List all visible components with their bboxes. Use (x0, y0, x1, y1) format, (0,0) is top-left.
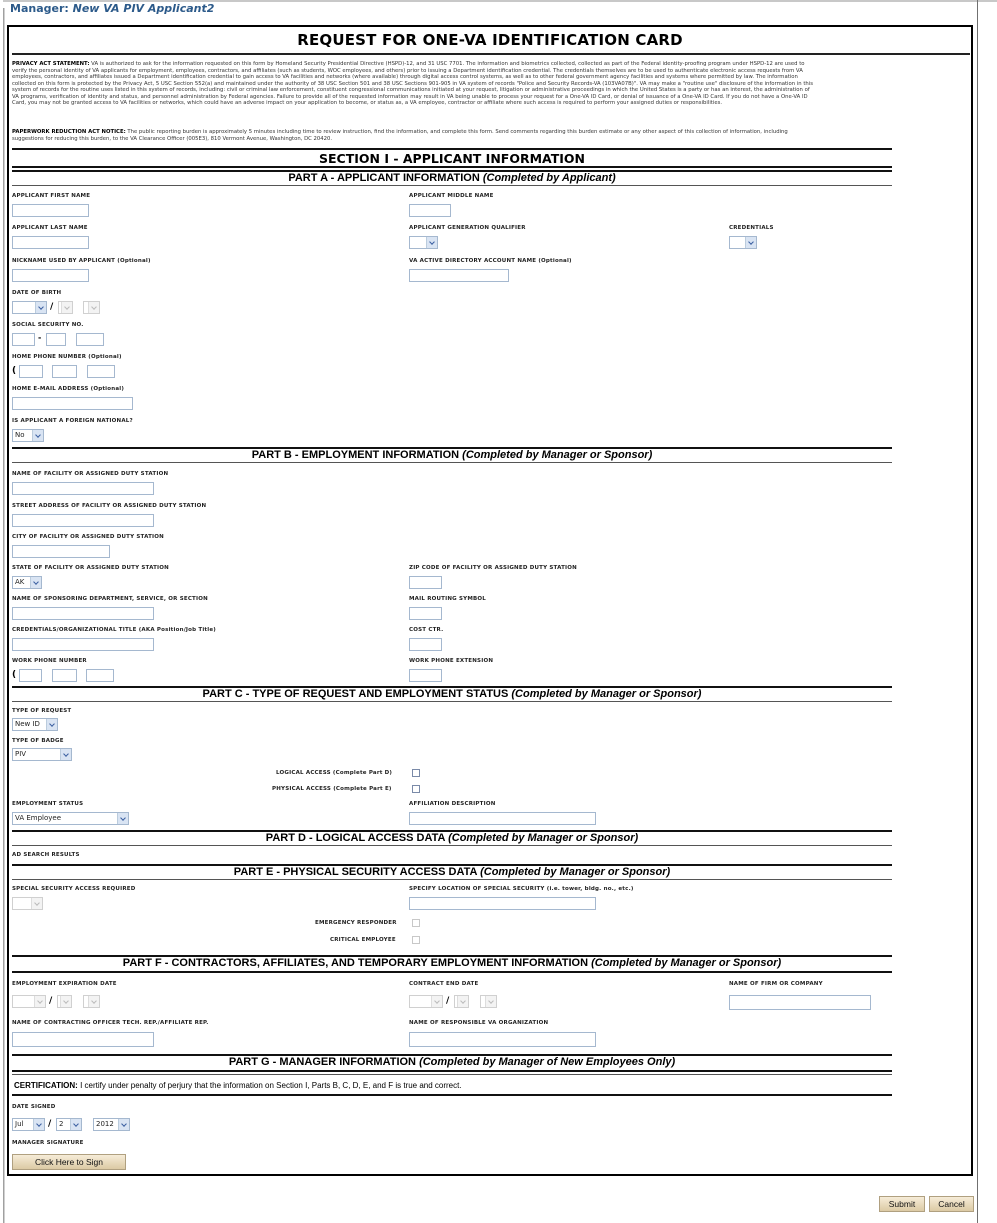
part-f-title: PART F - CONTRACTORS, AFFILIATES, AND TE… (12, 957, 892, 969)
date-signed-month-select[interactable]: Jul (12, 1118, 45, 1131)
contract-end-label: CONTRACT END DATE (409, 981, 478, 987)
last-name-label: APPLICANT LAST NAME (12, 225, 88, 231)
cost-center-label: COST CTR. (409, 627, 443, 633)
logical-access-checkbox[interactable] (412, 769, 420, 777)
ssn-separator: - (38, 333, 41, 342)
emergency-responder-label: EMERGENCY RESPONDER (315, 920, 397, 926)
state-value: AK (15, 578, 24, 586)
privacy-act-statement: PRIVACY ACT STATEMENT: VA is authorized … (12, 61, 817, 107)
chevron-down-icon (431, 996, 442, 1007)
ssn-part2-input[interactable] (46, 333, 66, 346)
divider (12, 1074, 892, 1075)
part-e-title: PART E - PHYSICAL SECURITY ACCESS DATA (… (12, 866, 892, 878)
manager-header: Manager: New VA PIV Applicant2 (10, 2, 214, 15)
sponsoring-dept-label: NAME OF SPONSORING DEPARTMENT, SERVICE, … (12, 596, 208, 602)
chevron-down-icon (745, 237, 756, 248)
employment-status-value: VA Employee (15, 814, 61, 822)
ad-account-input[interactable] (409, 269, 509, 282)
divider (12, 462, 892, 463)
firm-name-input[interactable] (729, 995, 871, 1010)
chevron-down-icon (88, 302, 99, 313)
middle-name-label: APPLICANT MIDDLE NAME (409, 193, 494, 199)
chevron-down-icon (88, 996, 99, 1007)
physical-access-checkbox[interactable] (412, 785, 420, 793)
applicant-name: New VA PIV Applicant2 (73, 2, 215, 15)
chevron-down-icon (457, 996, 468, 1007)
cost-center-input[interactable] (409, 638, 442, 651)
date-signed-year-value: 2012 (96, 1120, 114, 1128)
dob-day-select[interactable] (58, 301, 73, 314)
logical-access-label: LOGICAL ACCESS (Complete Part D) (276, 770, 392, 776)
privacy-text: VA is authorized to ask for the informat… (12, 61, 813, 106)
first-name-input[interactable] (12, 204, 89, 217)
mail-routing-input[interactable] (409, 607, 442, 620)
ssn-part1-input[interactable] (12, 333, 35, 346)
paperwork-text: The public reporting burden is approxima… (12, 129, 788, 142)
sponsoring-dept-input[interactable] (12, 607, 154, 620)
chevron-down-icon (426, 237, 437, 248)
part-g-subtitle: (Completed by Manager of New Employees O… (419, 1056, 675, 1068)
email-input[interactable] (12, 397, 133, 410)
section-title: SECTION I - APPLICANT INFORMATION (12, 151, 892, 166)
form-title: REQUEST FOR ONE-VA IDENTIFICATION CARD (9, 31, 971, 49)
dob-label: DATE OF BIRTH (12, 290, 61, 296)
work-ext-label: WORK PHONE EXTENSION (409, 658, 493, 664)
work-phone-line-input[interactable] (86, 669, 114, 682)
foreign-national-select[interactable]: No (12, 429, 44, 442)
zip-input[interactable] (409, 576, 442, 589)
chevron-down-icon (60, 996, 71, 1007)
chevron-down-icon (117, 813, 128, 824)
contract-end-month-select[interactable] (409, 995, 443, 1008)
ssn-label: SOCIAL SECURITY NO. (12, 322, 84, 328)
dob-month-select[interactable] (12, 301, 47, 314)
expiration-year-select[interactable] (83, 995, 100, 1008)
responsible-org-input[interactable] (409, 1032, 596, 1047)
expiration-day-select[interactable] (57, 995, 72, 1008)
chevron-down-icon (35, 302, 46, 313)
divider (12, 148, 892, 150)
date-separator: / (50, 302, 53, 312)
job-title-label: CREDENTIALS/ORGANIZATIONAL TITLE (AKA Po… (12, 627, 216, 633)
divider (12, 1070, 892, 1072)
request-type-value: New ID (15, 720, 40, 728)
nickname-label: NICKNAME USED BY APPLICANT (Optional) (12, 258, 151, 264)
work-phone-area-input[interactable] (19, 669, 42, 682)
paperwork-notice: PAPERWORK REDUCTION ACT NOTICE: The publ… (12, 129, 817, 142)
date-separator: / (446, 996, 449, 1006)
middle-name-input[interactable] (409, 204, 451, 217)
sign-button[interactable]: Click Here to Sign (12, 1154, 126, 1170)
phone-paren: ( (12, 366, 16, 376)
generation-qualifier-label: APPLICANT GENERATION QUALIFIER (409, 225, 526, 231)
cancel-button[interactable]: Cancel (929, 1196, 974, 1212)
last-name-input[interactable] (12, 236, 89, 249)
divider (12, 166, 892, 168)
part-a-title-text: PART A - APPLICANT INFORMATION (288, 172, 483, 184)
street-address-input[interactable] (12, 514, 154, 527)
mail-routing-label: MAIL ROUTING SYMBOL (409, 596, 486, 602)
certification-text: I certify under penalty of perjury that … (78, 1081, 462, 1090)
cotr-label: NAME OF CONTRACTING OFFICER TECH. REP./A… (12, 1020, 209, 1026)
badge-type-value: PIV (15, 750, 26, 758)
firm-name-label: NAME OF FIRM OR COMPANY (729, 981, 823, 987)
employment-status-label: EMPLOYMENT STATUS (12, 801, 83, 807)
part-e-title-text: PART E - PHYSICAL SECURITY ACCESS DATA (234, 866, 480, 878)
special-security-select[interactable] (12, 897, 43, 910)
badge-type-select[interactable]: PIV (12, 748, 72, 761)
divider (12, 845, 892, 846)
email-label: HOME E-MAIL ADDRESS (Optional) (12, 386, 124, 392)
divider (12, 185, 892, 186)
foreign-national-value: No (15, 431, 25, 439)
state-select[interactable]: AK (12, 576, 42, 589)
dob-year-select[interactable] (83, 301, 100, 314)
part-g-title-text: PART G - MANAGER INFORMATION (229, 1056, 419, 1068)
part-b-subtitle: (Completed by Manager or Sponsor) (462, 449, 652, 461)
part-c-subtitle: (Completed by Manager or Sponsor) (511, 688, 701, 700)
job-title-input[interactable] (12, 638, 154, 651)
state-label: STATE OF FACILITY OR ASSIGNED DUTY STATI… (12, 565, 169, 571)
home-phone-label: HOME PHONE NUMBER (Optional) (12, 354, 122, 360)
expiration-month-select[interactable] (12, 995, 46, 1008)
contract-end-day-select[interactable] (454, 995, 469, 1008)
window-left-border (3, 8, 5, 1223)
special-location-label: SPECIFY LOCATION OF SPECIAL SECURITY (i.… (409, 886, 634, 892)
emergency-responder-checkbox[interactable] (412, 919, 420, 927)
expiration-date-label: EMPLOYMENT EXPIRATION DATE (12, 981, 117, 987)
facility-name-input[interactable] (12, 482, 154, 495)
home-phone-prefix-input[interactable] (52, 365, 77, 378)
home-phone-area-input[interactable] (19, 365, 43, 378)
certification-label: CERTIFICATION: (14, 1081, 78, 1090)
work-phone-label: WORK PHONE NUMBER (12, 658, 87, 664)
critical-employee-checkbox[interactable] (412, 936, 420, 944)
facility-name-label: NAME OF FACILITY OR ASSIGNED DUTY STATIO… (12, 471, 168, 477)
phone-paren: ( (12, 670, 16, 680)
nickname-input[interactable] (12, 269, 89, 282)
date-signed-year-select[interactable]: 2012 (93, 1118, 130, 1131)
chevron-down-icon (118, 1119, 129, 1130)
credentials-label: CREDENTIALS (729, 225, 774, 231)
divider (12, 971, 892, 973)
affiliation-label: AFFILIATION DESCRIPTION (409, 801, 496, 807)
special-location-input[interactable] (409, 897, 596, 910)
special-security-label: SPECIAL SECURITY ACCESS REQUIRED (12, 886, 135, 892)
credentials-select[interactable] (729, 236, 757, 249)
id-card-request-form: REQUEST FOR ONE-VA IDENTIFICATION CARD P… (7, 25, 973, 1176)
date-signed-label: DATE SIGNED (12, 1104, 55, 1110)
part-d-title: PART D - LOGICAL ACCESS DATA (Completed … (12, 832, 892, 844)
city-label: CITY OF FACILITY OR ASSIGNED DUTY STATIO… (12, 534, 164, 540)
manager-prefix: Manager: (10, 2, 73, 15)
submit-button[interactable]: Submit (879, 1196, 925, 1212)
chevron-down-icon (32, 430, 43, 441)
part-b-title-text: PART B - EMPLOYMENT INFORMATION (252, 449, 462, 461)
street-address-label: STREET ADDRESS OF FACILITY OR ASSIGNED D… (12, 503, 206, 509)
chevron-down-icon (61, 302, 72, 313)
home-phone-line-input[interactable] (87, 365, 115, 378)
chevron-down-icon (485, 996, 496, 1007)
title-divider (12, 53, 970, 55)
chevron-down-icon (46, 719, 57, 730)
request-type-label: TYPE OF REQUEST (12, 708, 71, 714)
chevron-down-icon (31, 898, 42, 909)
privacy-label: PRIVACY ACT STATEMENT: (12, 61, 89, 67)
part-f-subtitle: (Completed by Manager or Sponsor) (591, 957, 781, 969)
ad-search-results-label: AD SEARCH RESULTS (12, 852, 80, 858)
date-separator: / (49, 996, 52, 1006)
chevron-down-icon (34, 996, 45, 1007)
work-ext-input[interactable] (409, 669, 442, 682)
ad-account-label: VA ACTIVE DIRECTORY ACCOUNT NAME (Option… (409, 258, 572, 264)
generation-qualifier-select[interactable] (409, 236, 438, 249)
badge-type-label: TYPE OF BADGE (12, 738, 64, 744)
employment-status-select[interactable]: VA Employee (12, 812, 129, 825)
paperwork-label: PAPERWORK REDUCTION ACT NOTICE: (12, 129, 126, 135)
date-signed-month-value: Jul (15, 1120, 23, 1128)
chevron-down-icon (60, 749, 71, 760)
responsible-org-label: NAME OF RESPONSIBLE VA ORGANIZATION (409, 1020, 548, 1026)
chevron-down-icon (70, 1119, 81, 1130)
part-a-subtitle: (Completed by Applicant) (483, 172, 616, 184)
date-signed-day-select[interactable]: 2 (56, 1118, 82, 1131)
part-f-title-text: PART F - CONTRACTORS, AFFILIATES, AND TE… (123, 957, 591, 969)
critical-employee-label: CRITICAL EMPLOYEE (330, 937, 396, 943)
divider (12, 701, 892, 702)
part-c-title-text: PART C - TYPE OF REQUEST AND EMPLOYMENT … (203, 688, 512, 700)
zip-label: ZIP CODE OF FACILITY OR ASSIGNED DUTY ST… (409, 565, 577, 571)
part-a-title: PART A - APPLICANT INFORMATION (Complete… (12, 172, 892, 184)
part-g-title: PART G - MANAGER INFORMATION (Completed … (12, 1056, 892, 1068)
window-right-border (977, 0, 979, 1223)
chevron-down-icon (33, 1119, 44, 1130)
date-signed-day-value: 2 (59, 1120, 63, 1128)
physical-access-label: PHYSICAL ACCESS (Complete Part E) (272, 786, 392, 792)
city-input[interactable] (12, 545, 110, 558)
part-c-title: PART C - TYPE OF REQUEST AND EMPLOYMENT … (12, 688, 892, 700)
contract-end-year-select[interactable] (480, 995, 497, 1008)
ssn-part3-input[interactable] (76, 333, 104, 346)
affiliation-input[interactable] (409, 812, 596, 825)
date-separator: / (48, 1119, 51, 1129)
first-name-label: APPLICANT FIRST NAME (12, 193, 90, 199)
chevron-down-icon (30, 577, 41, 588)
cotr-input[interactable] (12, 1032, 154, 1047)
part-e-subtitle: (Completed by Manager or Sponsor) (480, 866, 670, 878)
manager-signature-label: MANAGER SIGNATURE (12, 1140, 84, 1146)
foreign-national-label: IS APPLICANT A FOREIGN NATIONAL? (12, 418, 133, 424)
divider (12, 1094, 892, 1096)
certification-statement: CERTIFICATION: I certify under penalty o… (14, 1081, 894, 1090)
divider (12, 879, 892, 880)
part-b-title: PART B - EMPLOYMENT INFORMATION (Complet… (12, 449, 892, 461)
work-phone-prefix-input[interactable] (52, 669, 77, 682)
part-d-subtitle: (Completed by Manager or Sponsor) (448, 832, 638, 844)
part-d-title-text: PART D - LOGICAL ACCESS DATA (266, 832, 448, 844)
request-type-select[interactable]: New ID (12, 718, 58, 731)
